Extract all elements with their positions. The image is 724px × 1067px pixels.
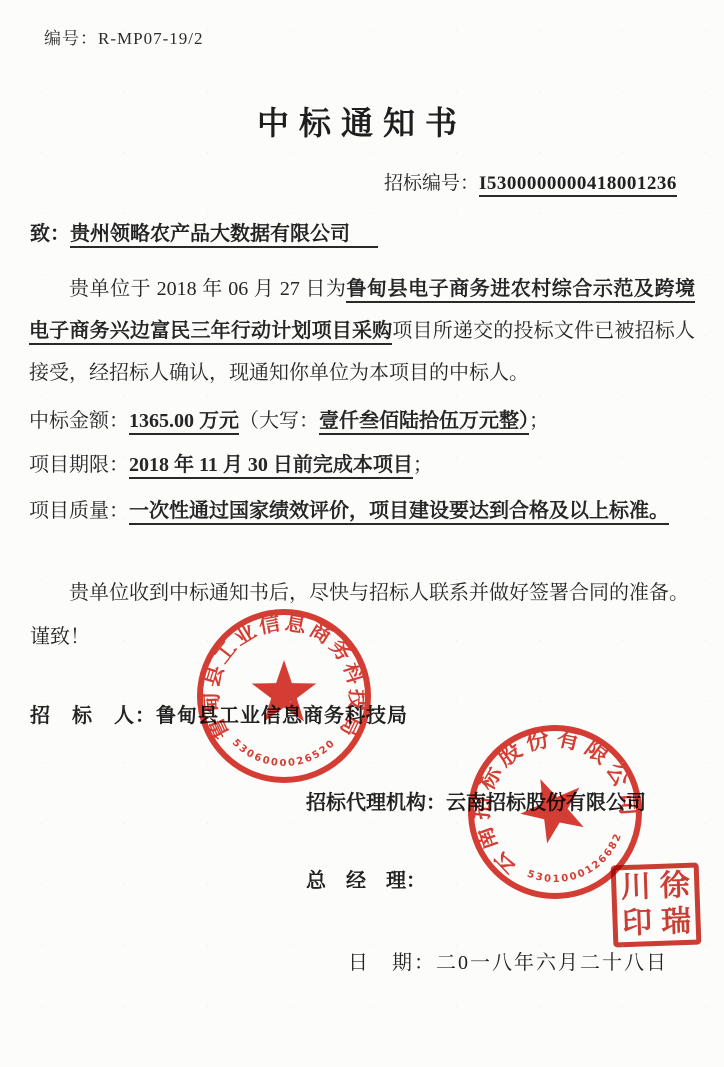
bidder-official-seal-icon: 鲁甸县工业信息商务科技局 5306000026520 [194,606,374,786]
project-quality-line: 项目质量：一次性通过国家绩效评价，项目建设要达到合格及以上标准。 [29,490,695,532]
bid-number-label: 招标编号： [384,173,479,194]
bid-number-value: I5300000000418001236 [479,173,677,197]
project-deadline-value: 2018 年 11 月 30 日前完成本项目 [129,454,413,479]
document-number-label: 编号： [44,29,98,48]
document-number-line: 编号：R-MP07-19/2 [44,24,203,49]
body-paragraph: 贵单位于 2018 年 06 月 27 日为鲁甸县电子商务进农村综合示范及跨境电… [29,268,695,394]
bidder-label: 招 标 人： [30,705,156,727]
award-amount-caps-value: 壹仟叁佰陆拾伍万元整） [319,410,529,435]
name-seal-char: 印 [622,908,653,939]
award-amount-end: ； [529,410,549,432]
seal-star-icon [511,766,595,848]
name-seal-char: 瑞 [661,907,692,938]
general-manager-line: 总 经 理： [306,864,426,893]
agency-label: 招标代理机构： [306,792,446,814]
personal-name-seal: 川 徐 印 瑞 [611,862,702,947]
date-value: 二0一八年六月二十八日 [436,952,668,974]
project-quality-label: 项目质量： [29,500,129,522]
seal-code-text: 5306000026520 [230,737,338,769]
scanned-document-page: 编号：R-MP07-19/2 中标通知书 招标编号：I5300000000418… [0,0,724,1067]
date-line: 日 期：二0一八年六月二十八日 [348,946,668,975]
award-amount-value: 1365.00 万元 [129,410,239,435]
project-deadline-line: 项目期限：2018 年 11 月 30 日前完成本项目； [29,444,695,486]
recipient-line: 致：贵州领略农产品大数据有限公司 [30,217,378,246]
project-quality-value: 一次性通过国家绩效评价，项目建设要达到合格及以上标准。 [129,500,669,525]
recipient-label: 致： [30,223,70,245]
page-title: 中标通知书 [0,98,724,144]
project-deadline-end: ； [413,454,433,476]
regards-line: 谨致！ [30,620,90,649]
body-text-pre: 贵单位于 2018 年 06 月 27 日为 [69,278,346,300]
award-amount-caps-label: （大写： [239,410,319,432]
recipient-company: 贵州领略农产品大数据有限公司 [70,223,378,248]
document-number-value: R-MP07-19/2 [98,29,203,48]
award-amount-line: 中标金额：1365.00 万元（大写：壹仟叁佰陆拾伍万元整）； [29,400,695,442]
seal-star-icon [252,660,317,722]
bid-number-line: 招标编号：I5300000000418001236 [384,168,677,195]
award-amount-label: 中标金额： [29,410,129,432]
name-seal-char: 川 [620,872,651,903]
date-label: 日 期： [348,952,436,974]
name-seal-char: 徐 [659,871,690,902]
project-deadline-label: 项目期限： [29,454,129,476]
